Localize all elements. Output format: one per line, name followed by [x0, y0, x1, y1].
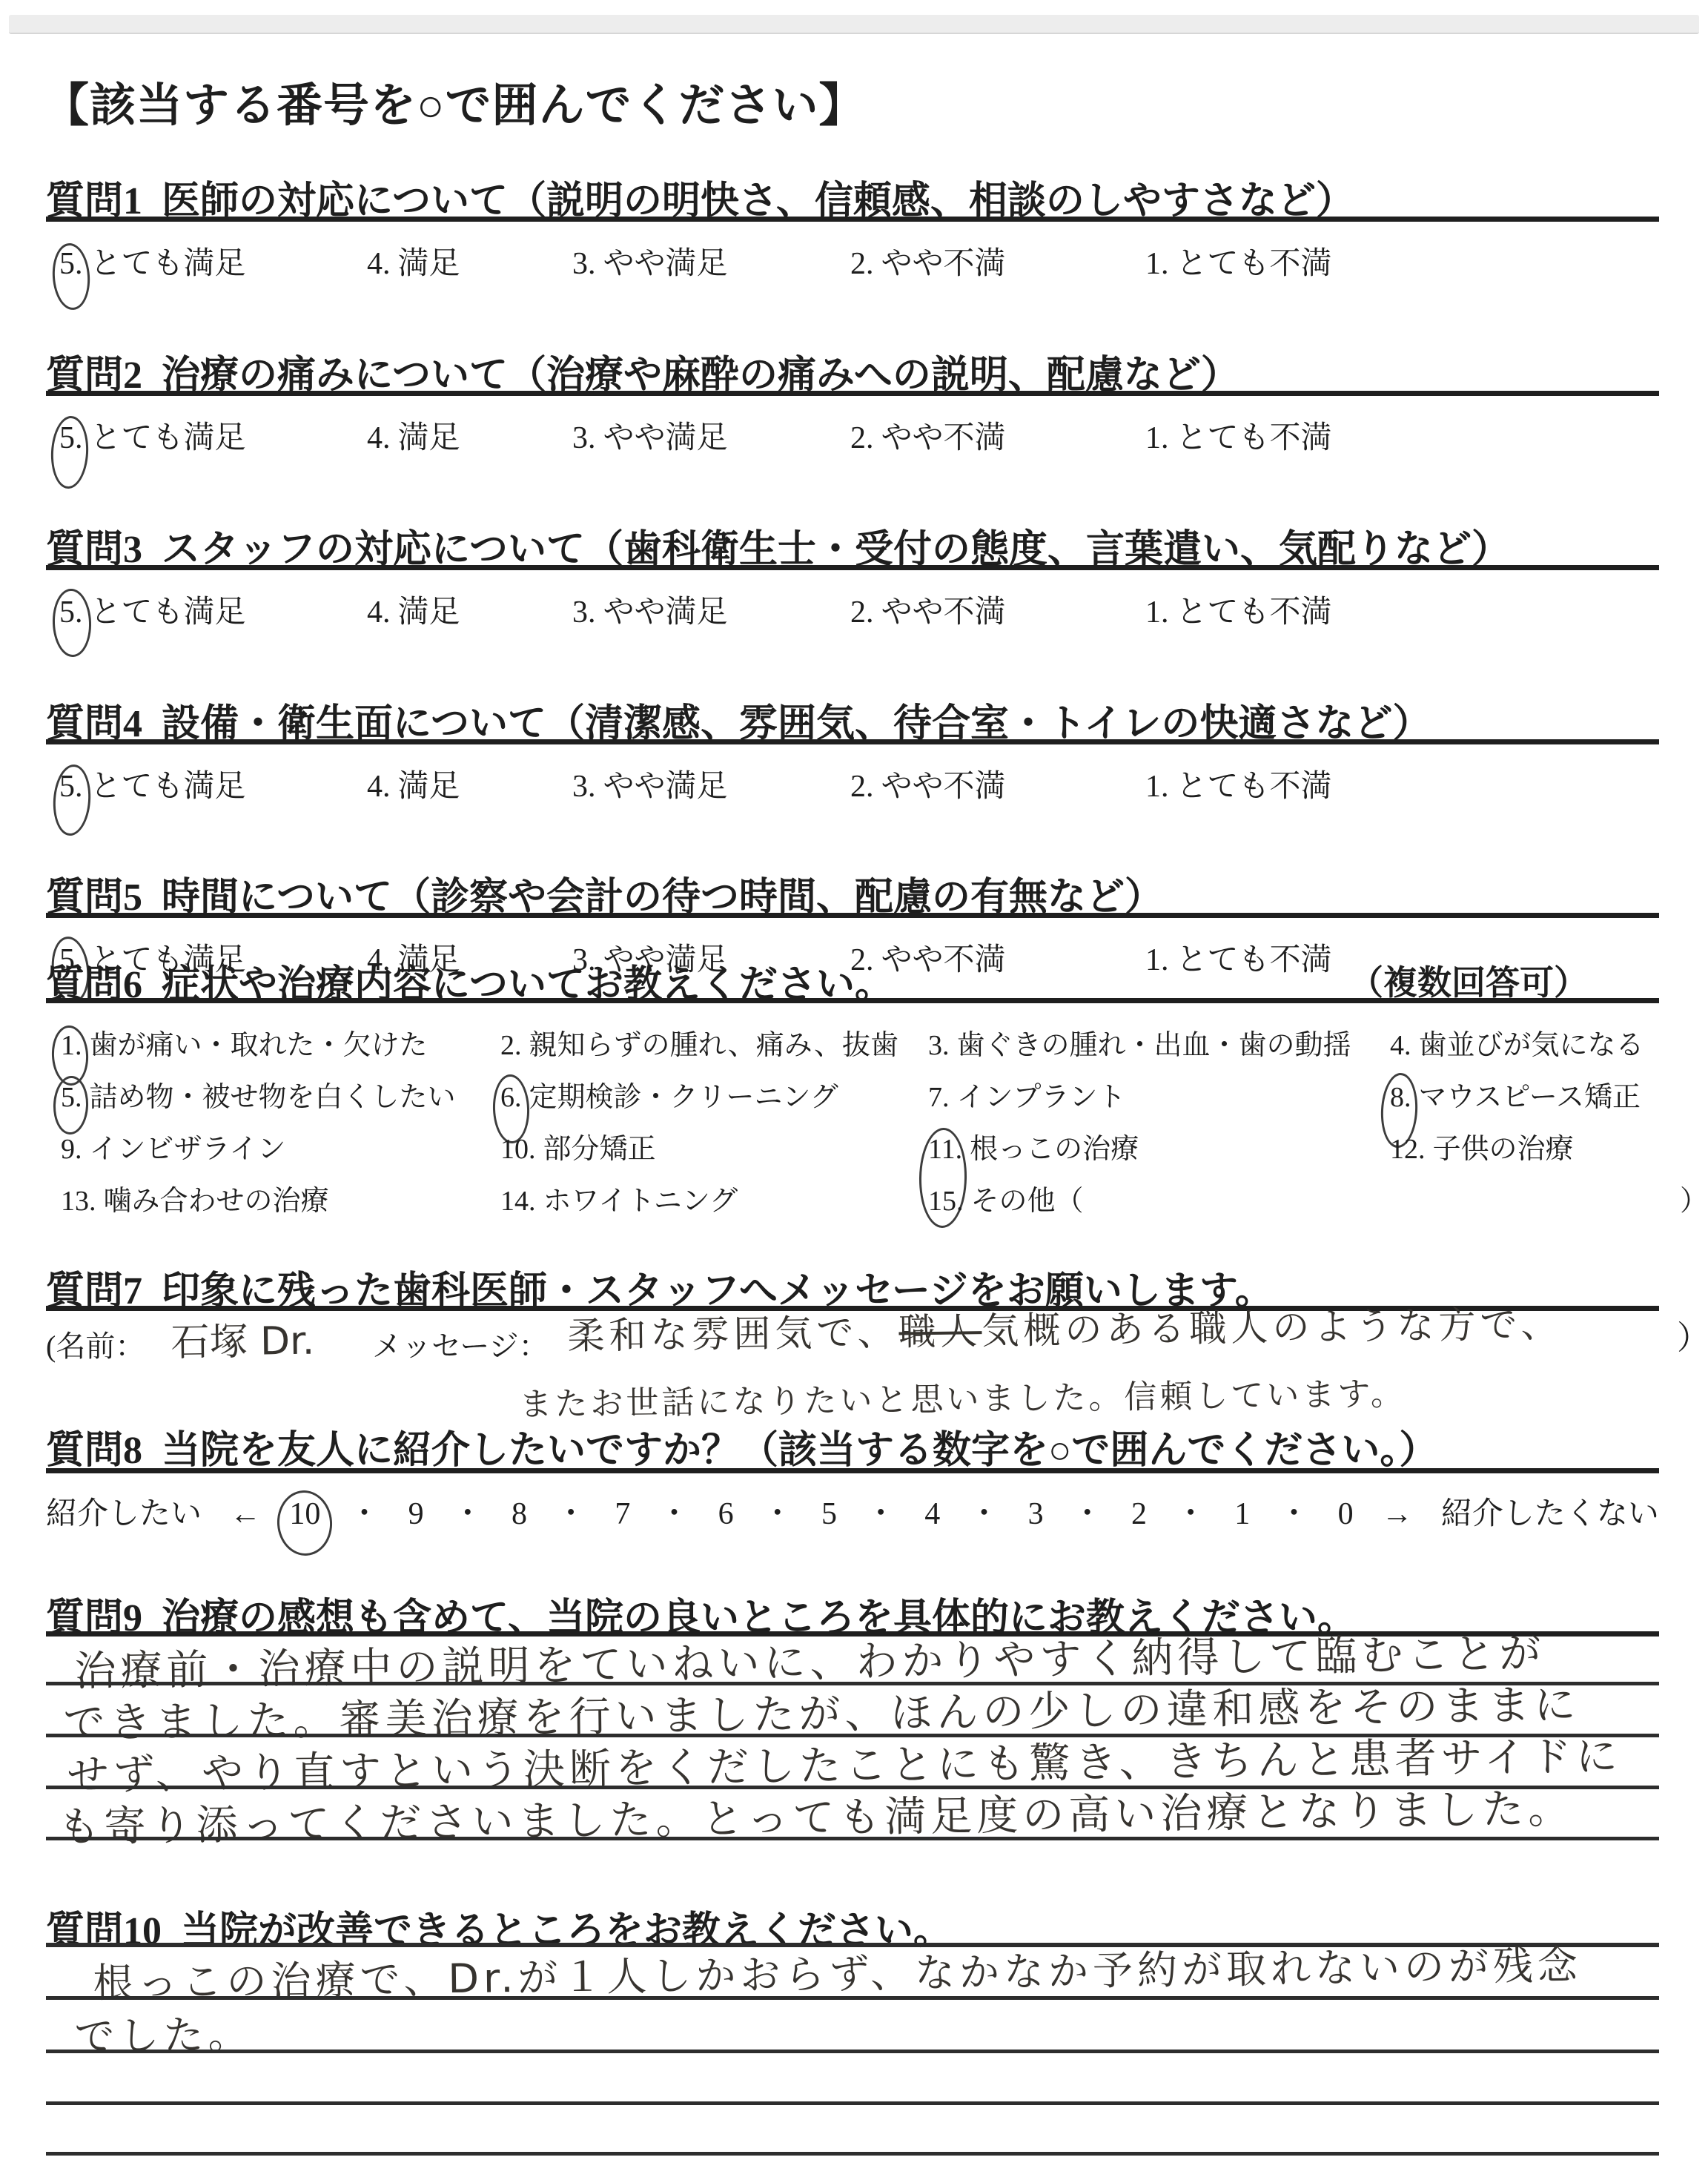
- option-text: 親知らずの腫れ、痛み、抜歯: [529, 1030, 899, 1061]
- symptom-option-5: 5.詰め物・被せ物を白くしたい: [61, 1074, 456, 1114]
- option-text: 定期検診・クリーニング: [529, 1082, 838, 1113]
- option-number: 4.: [1390, 1029, 1411, 1062]
- option-number: 10.: [500, 1133, 536, 1166]
- scale-left-label: 紹介したい: [46, 1489, 202, 1533]
- message-handwriting-line1: 柔和な雰囲気で、職人気概のある職人のような方で、: [567, 1295, 1563, 1360]
- option-number: 2.: [850, 769, 874, 805]
- option-text: インビザライン: [90, 1134, 286, 1165]
- q2-circled-number-5: 5.: [59, 420, 83, 456]
- ruled-line: [46, 2101, 1659, 2105]
- option-number: 13.: [61, 1185, 96, 1218]
- ruled-line: [46, 2152, 1659, 2156]
- scale-separator: ・: [1072, 1489, 1103, 1533]
- q3-option-4: 4.満足: [367, 587, 460, 632]
- q1-circled-number-5: 5.: [59, 246, 83, 282]
- option-text: やや不満: [881, 595, 1006, 630]
- option-number: 3.: [572, 246, 596, 282]
- option-number: 14.: [500, 1185, 536, 1218]
- message-close-paren: ）: [1677, 1311, 1708, 1358]
- option-text: ホワイトニング: [543, 1186, 738, 1217]
- symptom-option-8: 8.マウスピース矯正: [1390, 1074, 1641, 1114]
- option-number: 3.: [572, 769, 596, 805]
- circled-number-11: 11.: [928, 1133, 962, 1166]
- symptom-option-14: 14.ホワイトニング: [500, 1178, 738, 1218]
- header-underline: [46, 391, 1659, 396]
- symptom-option-7: 7.インプラント: [928, 1074, 1126, 1114]
- message-struck-word: 職人: [898, 1309, 982, 1353]
- q2-option-3: 3.やや満足: [572, 413, 728, 458]
- scale-number-3: 3: [1028, 1496, 1044, 1532]
- option-text: 根っこの治療: [970, 1134, 1139, 1165]
- symptom-option-13: 13.噛み合わせの治療: [61, 1178, 329, 1218]
- message-part1: 柔和な雰囲気で、: [567, 1311, 899, 1358]
- scale-separator: ・: [1175, 1489, 1206, 1533]
- symptom-option-3: 3.歯ぐきの腫れ・出血・歯の動揺: [928, 1022, 1351, 1063]
- option-number: 4.: [367, 246, 391, 282]
- q4-option-3: 3.やや満足: [572, 762, 728, 806]
- scale-number-9: 9: [408, 1496, 424, 1532]
- option-text: とても満足: [90, 595, 246, 630]
- scale-right-label: 紹介したくない: [1441, 1489, 1659, 1533]
- option-text: とても不満: [1176, 770, 1332, 804]
- name-field-label: (名前：: [46, 1323, 145, 1365]
- q1-option-4: 4.満足: [367, 239, 460, 283]
- question-8-label: 質問8: [46, 1430, 142, 1472]
- option-text: 歯ぐきの腫れ・出血・歯の動揺: [957, 1030, 1351, 1061]
- option-number: 3.: [572, 595, 596, 630]
- option-text: とても不満: [1176, 421, 1332, 455]
- option-text: 歯が痛い・取れた・欠けた: [90, 1030, 428, 1061]
- circled-number-6: 6.: [500, 1081, 522, 1114]
- option-text: 満足: [398, 595, 460, 630]
- option-number: 1.: [1145, 942, 1169, 978]
- q3-option-5: 5.とても満足: [59, 587, 246, 632]
- q1-option-5: 5.とても満足: [59, 239, 246, 283]
- question-8-header: 質問8当院を友人に紹介したいですか？（該当する数字を○で囲んでください。）: [46, 1418, 1437, 1474]
- q3-option-1: 1.とても不満: [1145, 587, 1332, 632]
- header-underline: [46, 739, 1659, 744]
- option-text: 満足: [398, 247, 460, 281]
- ruled-line: [46, 1996, 1659, 2000]
- option-number: 1.: [1145, 246, 1169, 282]
- option-number: 4.: [367, 769, 391, 805]
- symptom-option-6: 6.定期検診・クリーニング: [500, 1074, 838, 1114]
- option-text: マウスピース矯正: [1419, 1082, 1641, 1113]
- scale-separator: ・: [762, 1489, 793, 1533]
- q1-option-3: 3.やや満足: [572, 239, 728, 283]
- circled-number-1: 1.: [61, 1029, 82, 1062]
- q4-option-1: 1.とても不満: [1145, 762, 1332, 806]
- q2-option-4: 4.満足: [367, 413, 460, 458]
- scale-separator: ・: [865, 1489, 896, 1533]
- scale-number-1: 1: [1234, 1496, 1250, 1532]
- q2-option-2: 2.やや不満: [850, 413, 1006, 458]
- symptom-option-15-other: 15.その他（: [928, 1178, 1084, 1218]
- scale-number-2: 2: [1131, 1496, 1147, 1532]
- option-text: やや満足: [603, 770, 728, 804]
- ruled-line: [46, 2050, 1659, 2053]
- option-text: とても不満: [1176, 595, 1332, 630]
- right-arrow: →: [1382, 1496, 1413, 1532]
- option-number: 2.: [850, 595, 874, 630]
- q10-handwriting-line-2: でした。: [74, 2003, 253, 2062]
- option-text: やや満足: [603, 595, 728, 630]
- option-text: やや不満: [881, 770, 1006, 804]
- option-text: やや不満: [881, 247, 1006, 281]
- message-handwriting-line2: またお世話になりたいと思いました。信頼しています。: [519, 1367, 1406, 1425]
- symptom-option-11: 11.根っこの治療: [928, 1126, 1139, 1166]
- q1-option-2: 2.やや不満: [850, 239, 1006, 283]
- q5-option-1: 1.とても不満: [1145, 935, 1332, 980]
- option-number: 4.: [367, 595, 391, 630]
- option-number: 15.: [928, 1185, 964, 1218]
- header-underline: [46, 998, 1659, 1003]
- option-number: 2.: [850, 246, 874, 282]
- scale-number-7: 7: [615, 1496, 630, 1532]
- header-underline: [46, 913, 1659, 918]
- option-text: インプラント: [957, 1082, 1126, 1113]
- option-number: 7.: [928, 1081, 950, 1114]
- option-number: 9.: [61, 1133, 82, 1166]
- q4-circled-number-5: 5.: [59, 769, 83, 805]
- option-text: とても不満: [1176, 943, 1332, 977]
- question-8-title: 当院を友人に紹介したいですか？（該当する数字を○で囲んでください。）: [162, 1430, 1437, 1472]
- option-number: 2.: [850, 420, 874, 456]
- option-text: 部分矯正: [543, 1134, 656, 1165]
- option-text: 噛み合わせの治療: [104, 1186, 329, 1217]
- option-text: とても満足: [90, 247, 246, 281]
- option-number: 4.: [367, 420, 391, 456]
- q4-option-4: 4.満足: [367, 762, 460, 806]
- circled-scale-number-10: 10: [289, 1496, 320, 1532]
- header-underline: [46, 565, 1659, 570]
- q3-option-3: 3.やや満足: [572, 587, 728, 632]
- scale-number-0: 0: [1338, 1496, 1354, 1532]
- scale-separator: ・: [555, 1489, 586, 1533]
- scale-number-4: 4: [924, 1496, 940, 1532]
- option-text: 子供の治療: [1433, 1134, 1574, 1165]
- q4-option-2: 2.やや不満: [850, 762, 1006, 806]
- scale-number-8: 8: [512, 1496, 527, 1532]
- q1-option-1: 1.とても不満: [1145, 239, 1332, 283]
- option-text: やや不満: [881, 943, 1006, 977]
- other-close-paren: ）: [1680, 1178, 1708, 1218]
- option-number: 12.: [1390, 1133, 1426, 1166]
- option-text: とても不満: [1176, 247, 1332, 281]
- q3-option-2: 2.やや不満: [850, 587, 1006, 632]
- option-text: その他（: [971, 1186, 1084, 1217]
- option-number: 1.: [1145, 769, 1169, 805]
- q2-option-5: 5.とても満足: [59, 413, 246, 458]
- option-number: 3.: [572, 420, 596, 456]
- symptom-option-4: 4.歯並びが気になる: [1390, 1022, 1644, 1063]
- circled-number-8: 8.: [1390, 1081, 1411, 1114]
- scale-number-5: 5: [821, 1496, 837, 1532]
- symptom-option-2: 2.親知らずの腫れ、痛み、抜歯: [500, 1022, 898, 1063]
- recommend-scale: 紹介したい ← 10 ・ 9 ・ 8 ・ 7 ・ 6 ・ 5 ・ 4 ・ 3 ・…: [46, 1489, 1659, 1533]
- option-text: 詰め物・被せ物を白くしたい: [90, 1082, 456, 1113]
- ruled-line: [46, 1837, 1659, 1840]
- option-text: 歯並びが気になる: [1419, 1030, 1644, 1061]
- scale-number-6: 6: [718, 1496, 734, 1532]
- option-text: 満足: [398, 770, 460, 804]
- header-underline: [46, 1468, 1659, 1473]
- scale-separator: ・: [968, 1489, 999, 1533]
- header-underline: [46, 217, 1659, 222]
- message-part2: 気概のある職人のような方で、: [982, 1303, 1563, 1353]
- q2-option-1: 1.とても不満: [1145, 413, 1332, 458]
- option-text: やや満足: [603, 421, 728, 455]
- option-text: やや不満: [881, 421, 1006, 455]
- symptom-option-12: 12.子供の治療: [1390, 1126, 1574, 1166]
- q3-circled-number-5: 5.: [59, 595, 83, 630]
- scale-separator: ・: [452, 1489, 483, 1533]
- form-instruction-title: 【該当する番号を○で囲んでください】: [43, 68, 865, 134]
- left-arrow: ←: [230, 1496, 261, 1532]
- scale-separator: ・: [1278, 1489, 1309, 1533]
- name-handwriting: 石塚 Dr.: [171, 1309, 315, 1367]
- symptom-option-1: 1.歯が痛い・取れた・欠けた: [61, 1022, 428, 1063]
- option-text: とても満足: [90, 421, 246, 455]
- scale-separator: ・: [658, 1489, 689, 1533]
- scale-separator: ・: [348, 1489, 380, 1533]
- option-number: 2.: [500, 1029, 522, 1062]
- symptom-option-10: 10.部分矯正: [500, 1126, 656, 1166]
- symptom-option-9: 9.インビザライン: [61, 1126, 285, 1166]
- option-text: 満足: [398, 421, 460, 455]
- q4-option-5: 5.とても満足: [59, 762, 246, 806]
- option-number: 1.: [1145, 595, 1169, 630]
- dental-survey-scan-page: 【該当する番号を○で囲んでください】 質問1医師の対応について（説明の明快さ、信…: [0, 0, 1708, 2160]
- option-text: とても満足: [90, 770, 246, 804]
- message-field-label: メッセージ：: [372, 1323, 549, 1365]
- option-text: やや満足: [603, 247, 728, 281]
- option-number: 1.: [1145, 420, 1169, 456]
- circled-number-5: 5.: [61, 1081, 82, 1114]
- option-number: 3.: [928, 1029, 950, 1062]
- scan-artifact-bar: [9, 15, 1699, 34]
